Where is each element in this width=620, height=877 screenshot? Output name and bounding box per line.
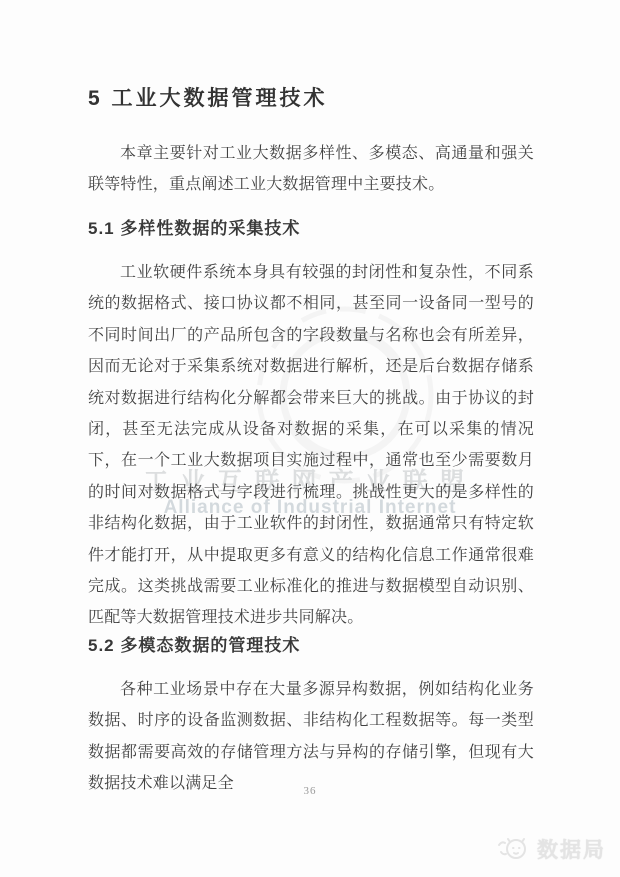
- document-page: 工业互联网产业联盟 Alliance of Industrial Interne…: [0, 0, 620, 877]
- panda-face-icon: [497, 835, 531, 863]
- page-number: 36: [0, 785, 620, 797]
- intro-paragraph: 本章主要针对工业大数据多样性、多模态、高通量和强关联等特性，重点阐述工业大数据管…: [88, 138, 534, 201]
- section-5-2-paragraph: 各种工业场景中存在大量多源异构数据，例如结构化业务数据、时序的设备监测数据、非结…: [88, 674, 534, 800]
- shujuju-logo-label: 数据局: [537, 834, 606, 864]
- section-5-2-heading: 5.2 多模态数据的管理技术: [88, 631, 300, 656]
- section-5-1-heading: 5.1 多样性数据的采集技术: [88, 214, 300, 239]
- chapter-title: 5 工业大数据管理技术: [88, 82, 548, 112]
- section-5-1-paragraph: 工业软硬件系统本身具有较强的封闭性和复杂性，不同系统的数据格式、接口协议都不相同…: [88, 257, 534, 634]
- shujuju-logo: 数据局: [497, 834, 606, 864]
